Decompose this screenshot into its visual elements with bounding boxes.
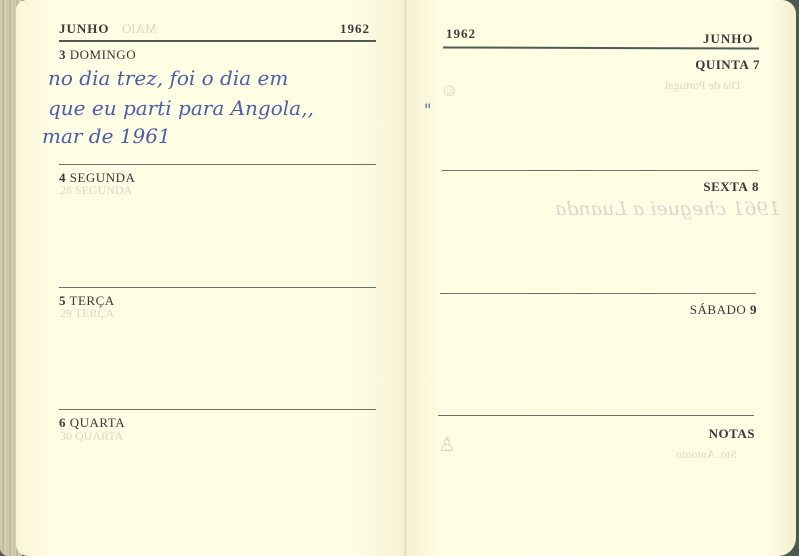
- day-name: TERÇA: [70, 293, 115, 308]
- day-number: 3: [59, 47, 66, 62]
- day-name: QUARTA: [70, 415, 125, 430]
- handwritten-line: mar de 1961: [42, 122, 171, 150]
- day-number: 7: [753, 57, 760, 72]
- day-label-segunda: 4 SEGUNDA: [59, 170, 135, 186]
- day-divider: [440, 293, 756, 294]
- show-through-month: MAIO: [122, 21, 157, 37]
- day-label-domingo: 3 DOMINGO: [59, 47, 136, 63]
- day-number: 9: [750, 302, 757, 317]
- day-label-quinta: QUINTA 7: [695, 57, 760, 73]
- left-header-month: JUNHO: [59, 21, 110, 37]
- day-name: SEXTA: [703, 179, 748, 194]
- day-number: 5: [59, 293, 66, 308]
- right-header-month: JUNHO: [703, 31, 754, 47]
- day-label-sabado: SÁBADO 9: [690, 302, 757, 318]
- day-divider: [438, 415, 754, 416]
- notes-title: NOTAS: [709, 426, 755, 441]
- book-gutter: [404, 0, 407, 556]
- show-through-note: Dia de Portugal: [665, 78, 740, 93]
- day-name: SÁBADO: [690, 302, 746, 317]
- day-divider: [442, 170, 758, 171]
- show-through-icon: ☺: [440, 80, 458, 101]
- handwritten-mark: ": [424, 96, 431, 124]
- day-label-terca: 5 TERÇA: [59, 293, 115, 309]
- day-name: SEGUNDA: [70, 170, 136, 185]
- show-through-note: Sto. António: [676, 447, 737, 462]
- day-number: 4: [59, 170, 66, 185]
- day-name: QUINTA: [695, 57, 749, 72]
- show-through-handwriting: 1961 cheguei a Luanda: [555, 198, 781, 220]
- day-number: 6: [59, 415, 66, 430]
- day-divider: [59, 287, 376, 288]
- left-header-year: 1962: [340, 21, 370, 37]
- header-rule: [59, 40, 376, 42]
- day-divider: [59, 164, 376, 165]
- day-divider: [59, 409, 376, 410]
- day-name: DOMINGO: [70, 47, 136, 62]
- day-number: 8: [752, 179, 759, 194]
- show-through-figure-icon: ♙: [438, 432, 456, 457]
- handwritten-line: que eu parti para Angola,,: [48, 94, 314, 122]
- day-label-sexta: SEXTA 8: [703, 179, 759, 195]
- show-through-day: 30 QUARTA: [60, 429, 123, 444]
- handwritten-line: no dia trez, foi o dia em: [48, 64, 288, 92]
- day-label-quarta: 6 QUARTA: [59, 415, 125, 431]
- right-header-year: 1962: [446, 26, 476, 42]
- notes-label: NOTAS: [709, 426, 755, 442]
- diary-book: MAIO 28 SEGUNDA 29 TERÇA 30 QUARTA JUNHO…: [0, 0, 799, 556]
